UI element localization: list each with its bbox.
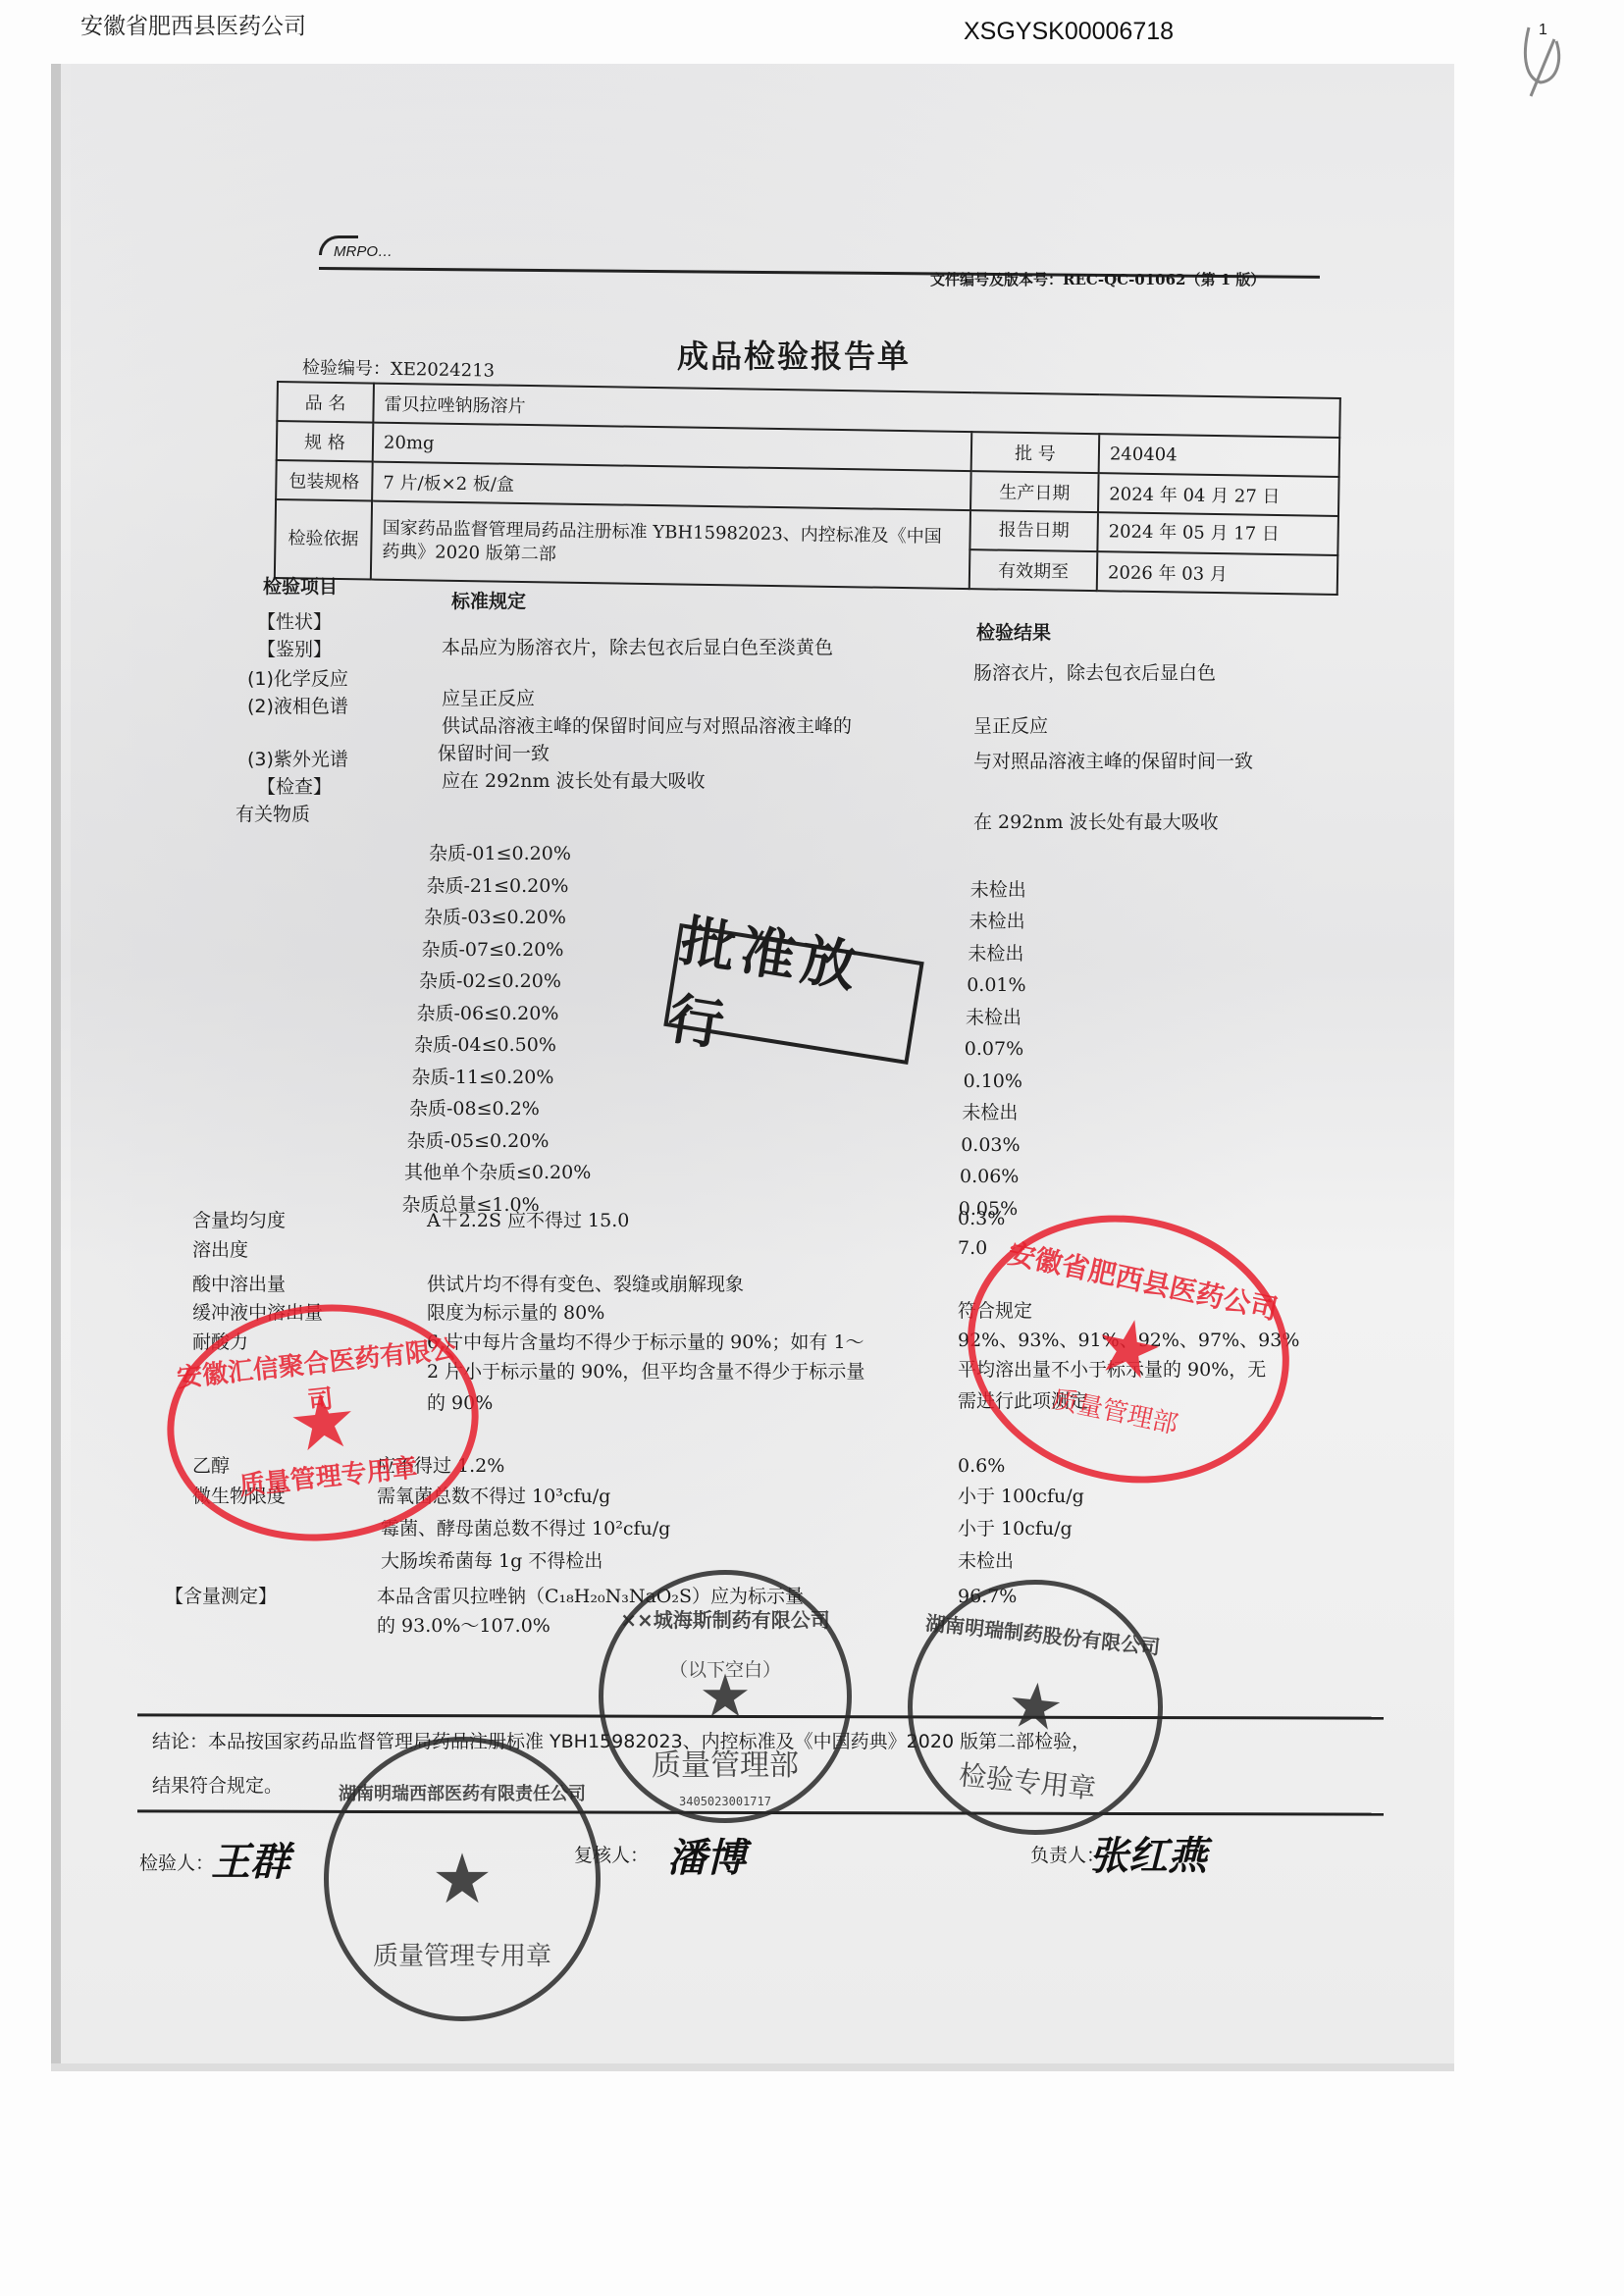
- seal-name: ××城海斯制药有限公司: [603, 1604, 847, 1633]
- impurity-result: 0.10%: [964, 1070, 1022, 1094]
- star-icon: ★: [432, 1845, 494, 1913]
- impurity-standard: 杂质-07≤0.20%: [422, 938, 564, 963]
- impurity-standard: 杂质-05≤0.20%: [407, 1129, 550, 1154]
- basis-value: 国家药品监督管理局药品注册标准 YBH15982023、内控标准及《中国药典》2…: [371, 501, 970, 590]
- seal-dept: 质量管理专用章: [329, 1936, 596, 1972]
- test-item: 【鉴别】: [257, 638, 332, 662]
- impurity-standard: 其他单个杂质≤0.20%: [404, 1161, 591, 1185]
- product-name-label: 品 名: [277, 382, 374, 423]
- reviewer-signature: 潘博: [667, 1827, 746, 1883]
- seal-dept: 质量管理部: [603, 1741, 847, 1784]
- test-item: 【性状】: [257, 610, 332, 635]
- package-label: 包装规格: [276, 460, 373, 501]
- test-standard: 的 93.0%～107.0%: [377, 1614, 550, 1639]
- star-icon: ★: [1004, 1673, 1067, 1742]
- test-standard: 大肠埃希菌每 1g 不得检出: [381, 1549, 602, 1574]
- approved-release-stamp: 批准放行: [663, 923, 923, 1065]
- test-item: 有关物质: [236, 803, 310, 827]
- test-standard: 应呈正反应: [442, 687, 535, 711]
- test-item: (2)液相色谱: [247, 695, 348, 719]
- impurity-standard: 杂质-06≤0.20%: [417, 1002, 559, 1026]
- test-item: (1)化学反应: [247, 667, 348, 692]
- star-icon: ★: [1087, 1305, 1171, 1394]
- company-logo: MRPO…: [334, 243, 393, 260]
- test-standard: 限度为标示量的 80%: [427, 1301, 604, 1326]
- test-result: 7.0: [958, 1236, 987, 1261]
- test-result: 小于 100cfu/g: [958, 1485, 1084, 1509]
- conclusion-line-2: 结果符合规定。: [152, 1774, 283, 1799]
- test-standard: 霉菌、酵母菌总数不得过 10²cfu/g: [381, 1517, 670, 1541]
- column-item-header: 检验项目: [263, 572, 338, 599]
- test-item: 【检查】: [257, 775, 332, 800]
- test-item: 酸中溶出量: [192, 1273, 286, 1297]
- test-result: 0.3%: [958, 1207, 1005, 1231]
- basis-label: 检验依据: [275, 499, 372, 580]
- mfg-date-label: 生产日期: [970, 471, 1099, 512]
- seal-name: 安徽汇信聚合医药有限公司: [166, 1328, 470, 1431]
- mfg-date-value: 2024 年 04 月 27 日: [1098, 473, 1339, 516]
- report-title: 成品检验报告单: [677, 332, 911, 377]
- test-standard: A＋2.2S 应不得过 15.0: [427, 1209, 629, 1233]
- test-result: 肠溶衣片，除去包衣后显白色: [973, 661, 1216, 686]
- impurity-result: 0.07%: [965, 1037, 1023, 1062]
- spec-label: 规 格: [277, 421, 374, 462]
- impurity-result: 0.01%: [967, 973, 1025, 998]
- inspection-report: MRPO… 文件编号及版本号：REC-QC-01062（第 1 版） 成品检验报…: [0, 0, 1624, 2296]
- seal-manufacturer-inspection: 湖南明瑞制药股份有限公司 ★ 检验专用章: [895, 1567, 1176, 1848]
- batch-label: 批 号: [971, 432, 1100, 473]
- impurity-standard: 杂质-02≤0.20%: [419, 969, 561, 994]
- impurity-standard: 杂质-08≤0.2%: [409, 1097, 540, 1122]
- impurity-standard: 杂质-21≤0.20%: [427, 874, 569, 899]
- impurity-result: 0.06%: [960, 1165, 1019, 1189]
- report-date-label: 报告日期: [969, 510, 1098, 551]
- test-item: 溶出度: [192, 1238, 248, 1263]
- impurity-result: 未检出: [970, 878, 1026, 903]
- inspector-signature: 王群: [211, 1831, 289, 1887]
- report-number: 检验编号：XE2024213: [302, 353, 496, 382]
- impurity-standard: 杂质-03≤0.20%: [424, 906, 566, 930]
- seal-name: 湖南明瑞西部医药有限责任公司: [329, 1780, 596, 1805]
- impurity-standard: 杂质-04≤0.50%: [414, 1033, 556, 1058]
- impurity-standard: 杂质-11≤0.20%: [412, 1066, 554, 1090]
- test-item: (3)紫外光谱: [247, 748, 348, 772]
- seal-name: 湖南明瑞制药股份有限公司: [919, 1606, 1167, 1660]
- test-result: 呈正反应: [973, 714, 1048, 739]
- seal-serial: 3405023001717: [603, 1795, 847, 1808]
- report-date-value: 2024 年 05 月 17 日: [1097, 512, 1338, 555]
- impurity-result: 0.03%: [961, 1133, 1020, 1158]
- test-standard: 供试品溶液主峰的保留时间应与对照品溶液主峰的: [442, 714, 852, 739]
- test-standard: 保留时间一致: [438, 742, 550, 766]
- impurity-result: 未检出: [969, 910, 1025, 934]
- test-result: 在 292nm 波长处有最大吸收: [973, 810, 1219, 835]
- test-result: 小于 10cfu/g: [958, 1517, 1073, 1541]
- expiry-label: 有效期至: [969, 549, 1098, 591]
- blank-below-note: （以下空白）: [669, 1655, 781, 1682]
- impurity-standard: 杂质-01≤0.20%: [429, 842, 571, 866]
- manager-signature: 张红燕: [1089, 1825, 1207, 1881]
- expiry-value: 2026 年 03 月: [1097, 551, 1338, 595]
- report-number-label: 检验编号：: [302, 357, 391, 380]
- inspector-label: 检验人：: [139, 1849, 214, 1875]
- seal-western-pharma-quality: 湖南明瑞西部医药有限责任公司 ★ 质量管理专用章: [324, 1737, 601, 2021]
- test-result: 0.6%: [958, 1454, 1005, 1479]
- test-result: 与对照品溶液主峰的保留时间一致: [973, 750, 1253, 774]
- column-result-header: 检验结果: [976, 618, 1051, 645]
- product-info-table: 品 名 雷贝拉唑钠肠溶片 规 格 20mg 批 号 240404 包装规格 7 …: [273, 381, 1340, 623]
- test-result: 未检出: [958, 1549, 1014, 1574]
- test-standard: 应在 292nm 波长处有最大吸收: [442, 769, 706, 794]
- file-number: 文件编号及版本号：REC-QC-01062（第 1 版）: [930, 269, 1265, 289]
- impurity-result: 未检出: [962, 1101, 1018, 1125]
- batch-value: 240404: [1099, 434, 1340, 477]
- column-standard-header: 标准规定: [451, 587, 526, 613]
- test-standard: 供试片均不得有变色、裂缝或崩解现象: [427, 1273, 744, 1297]
- test-standard: 2 片小于标示量的 90%，但平均含量不得少于标示量: [427, 1360, 864, 1384]
- test-item: 【含量测定】: [165, 1585, 277, 1609]
- report-number-value: XE2024213: [391, 359, 495, 382]
- seal-manufacturer-quality: ××城海斯制药有限公司 （以下空白） ★ 质量管理部 3405023001717: [599, 1570, 852, 1823]
- impurity-result: 未检出: [966, 1006, 1022, 1030]
- test-item: 含量均匀度: [192, 1209, 286, 1233]
- seal-dept: 检验专用章: [904, 1748, 1152, 1813]
- test-standard: 6 片中每片含量均不得少于标示量的 90%；如有 1～: [427, 1331, 864, 1355]
- impurity-result: 未检出: [968, 942, 1023, 966]
- test-standard: 本品应为肠溶衣片，除去包衣后显白色至淡黄色: [442, 636, 833, 660]
